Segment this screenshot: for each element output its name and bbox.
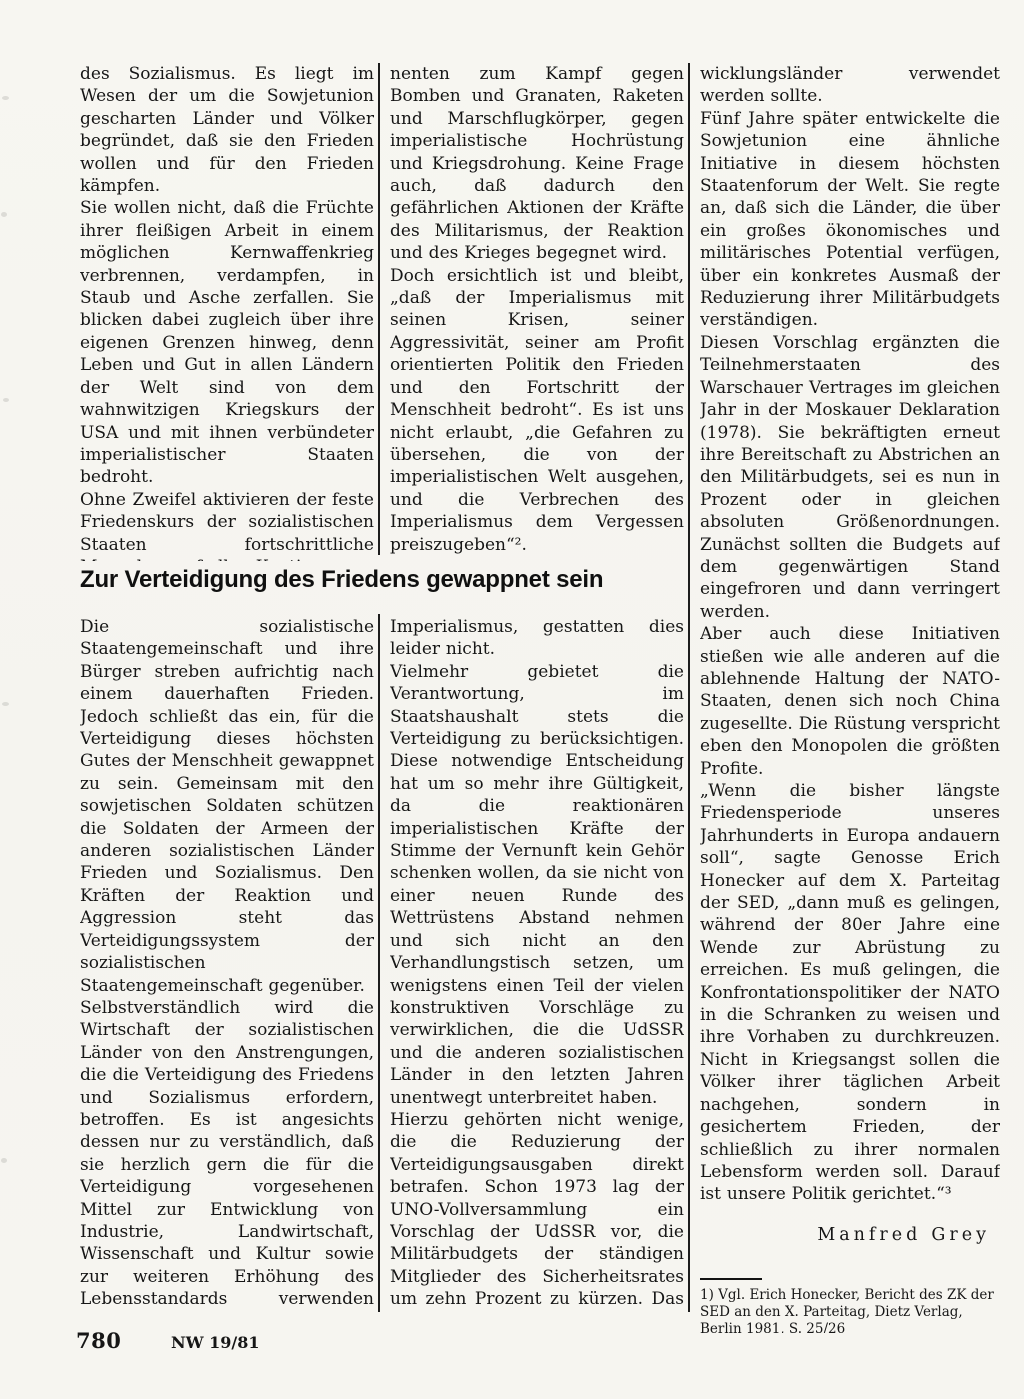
column-2-bottom: Imperialismus, gestatten dies leider nic… xyxy=(390,616,684,1314)
footnote-rule xyxy=(700,1278,762,1280)
paragraph: Sie wollen nicht, daß die Früchte ihrer … xyxy=(80,197,374,488)
section-heading: Zur Verteidigung des Friedens gewappnet … xyxy=(80,566,680,594)
paragraph: Doch ersichtlich ist und bleibt, „daß de… xyxy=(390,265,684,556)
paragraph: Fünf Jahre später entwickelte die Sowjet… xyxy=(700,108,1000,332)
paragraph: Selbstverständlich wird die Wirtschaft d… xyxy=(80,997,374,1314)
column-divider xyxy=(378,63,380,555)
column-divider xyxy=(378,614,380,1312)
paragraph: Imperialismus, gestatten dies leider nic… xyxy=(390,616,684,661)
paragraph: Aber auch diese Initiativen stießen wie … xyxy=(700,623,1000,780)
column-1-bottom: Die sozialistische Staatengemeinschaft u… xyxy=(80,616,374,1314)
column-2-top: nenten zum Kampf gegen Bomben und Granat… xyxy=(390,63,684,561)
paragraph: nenten zum Kampf gegen Bomben und Granat… xyxy=(390,63,684,265)
column-divider xyxy=(688,63,690,1312)
scan-artifact xyxy=(2,96,9,100)
column-1-top: des Sozialismus. Es liegt im Wesen der u… xyxy=(80,63,374,561)
footnote: 1) Vgl. Erich Honecker, Bericht des ZK d… xyxy=(700,1287,1000,1333)
author-credit: Manfred Grey xyxy=(700,1224,1000,1246)
paragraph: Vielmehr gebietet die Verantwortung, im … xyxy=(390,661,684,1109)
paragraph: Diesen Vorschlag ergänzten die Teilnehme… xyxy=(700,332,1000,623)
scan-artifact xyxy=(3,398,9,402)
paragraph: Ohne Zweifel aktivieren der feste Friede… xyxy=(80,489,374,561)
paragraph: Hierzu gehörten nicht wenige, die die Re… xyxy=(390,1109,684,1314)
scan-artifact xyxy=(1,1158,7,1163)
footnotes: 1) Vgl. Erich Honecker, Bericht des ZK d… xyxy=(700,1287,1000,1333)
paragraph: des Sozialismus. Es liegt im Wesen der u… xyxy=(80,63,374,197)
scan-artifact xyxy=(2,702,9,706)
issue-label: NW 19/81 xyxy=(171,1333,260,1352)
paragraph: „Wenn die bisher längste Friedensperiode… xyxy=(700,780,1000,1206)
paragraph: wicklungsländer verwendet werden sollte. xyxy=(700,63,1000,108)
column-3: wicklungsländer verwendet werden sollte.… xyxy=(700,63,1000,1333)
scanned-magazine-page: des Sozialismus. Es liegt im Wesen der u… xyxy=(0,0,1024,1399)
page-number: 780 xyxy=(76,1328,121,1353)
paragraph: Die sozialistische Staatengemeinschaft u… xyxy=(80,616,374,997)
scan-artifact xyxy=(1,212,7,217)
